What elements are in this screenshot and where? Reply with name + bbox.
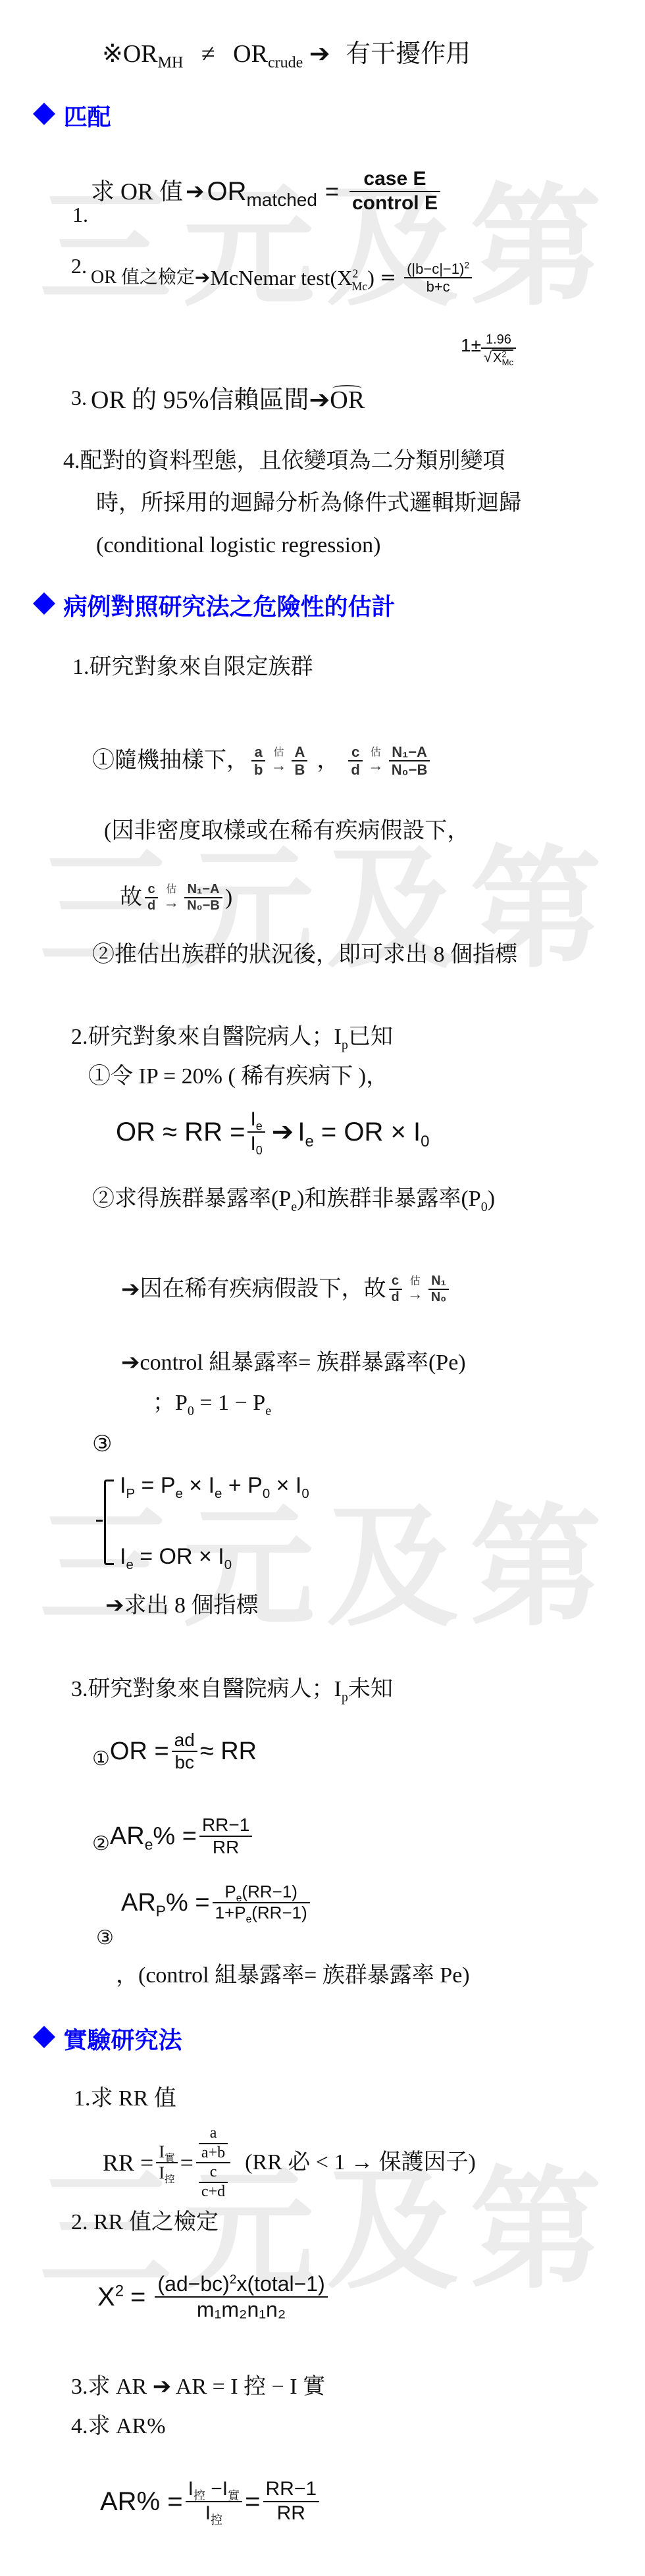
or-rr-formula: OR ≈ RR = IeI0 ➔ Ie = OR × I0: [116, 1108, 429, 1155]
arrow-icon: ➔: [105, 1594, 124, 1616]
item-number: 2.: [71, 255, 87, 276]
note-line: (因非密度取樣或在稀有疾病假設下，: [104, 820, 469, 842]
protective-note: (RR 必 < 1 → 保護因子): [245, 2151, 476, 2174]
estimate-arrow: 估→: [271, 748, 286, 774]
item-title: 4.求 AR%: [71, 2415, 166, 2438]
arp-formula: ARP% = Pe(RR−1)1+Pe(RR−1): [121, 1882, 313, 1923]
comma: ，: [317, 750, 339, 772]
or-formula: ① OR = adbc ≈ RR: [92, 1730, 257, 1773]
are-formula: ② ARe% = RR−1RR: [92, 1815, 255, 1858]
intro-or-mh: ※ORMH: [102, 40, 183, 68]
arrow-icon: ➔: [186, 180, 205, 203]
step-1-line: ①令 IP = 20% ( 稀有疾病下 )，: [88, 1066, 388, 1088]
item-title: 3.求 AR ➔ AR = I 控 − I 實: [71, 2376, 325, 2398]
intro-or-crude: ORcrude: [233, 40, 303, 68]
fraction: RR−1RR: [263, 2478, 320, 2525]
fraction: IeI0: [247, 1108, 265, 1155]
note-line: ，(control 組暴露率= 族群暴露率 Pe): [116, 1965, 470, 1987]
intro-conclusion: 有干擾作用: [346, 40, 471, 68]
or-matched-formula: 求 OR 值 ➔ ORmatched = case E control E: [91, 168, 443, 215]
fraction: N₁−AN₀−B: [389, 744, 430, 779]
item-4-line-2: 時，所採用的迴歸分析為條件式邏輯斯迴歸: [96, 492, 521, 515]
step-3-label: ③: [96, 1928, 114, 1948]
estimate-arrow: 估→: [368, 748, 384, 774]
item-4-line-3: (conditional logistic regression): [96, 534, 380, 557]
step-2-line: ②求得族群暴露率(Pe)和族群非暴露率(P0): [92, 1188, 495, 1210]
plus-minus: 1±: [461, 336, 481, 355]
fraction: adbc: [172, 1730, 197, 1773]
fraction: (|b−c|−1)2 b+c: [404, 261, 472, 296]
fraction: ab: [251, 744, 265, 779]
estimate-arrow: 估→: [163, 885, 179, 911]
brace: [104, 1480, 114, 1565]
ar-percent-formula: AR% = I控 −I實I控 = RR−1RR: [100, 2478, 322, 2525]
random-sampling-line: ①隨機抽樣下， ab 估→ AB ， cd 估→ N₁−AN₀−B: [92, 744, 432, 779]
diamond-bullet-icon: [33, 2026, 55, 2048]
item-number: 1.: [72, 204, 88, 225]
control-exposure-line: ➔control 組暴露率= 族群暴露率(Pe): [121, 1351, 466, 1374]
estimate-arrow: 估→: [407, 1276, 423, 1302]
chi-square-formula: X2 = (ad−bc)2x(total−1)m₁m₂n₁n₂: [97, 2272, 330, 2322]
fraction: N₁−AN₀−B: [184, 882, 222, 914]
equals-sign: =: [380, 268, 396, 288]
mcnemar-test: McNemar test(X2Mc): [210, 267, 374, 288]
item-number: 3.: [71, 387, 87, 408]
compound-fraction: aa+b cc+d: [196, 2125, 230, 2201]
ci-exponent: 1± 1.96 √X2Mc: [461, 332, 516, 366]
formula-label: OR 的 95%信賴區間: [91, 386, 309, 414]
diamond-bullet-icon: [33, 592, 55, 615]
mcnemar-formula: OR 值之檢定 ➔ McNemar test(X2Mc) = (|b−c|−1)…: [91, 261, 475, 296]
note-formula: 故 cd 估→ N₁−AN₀−B ): [120, 882, 232, 914]
fraction: case E control E: [349, 168, 440, 215]
intro-line: ※ORMH ≠ ORcrude ➔ 有干擾作用: [102, 41, 471, 66]
numerator: 1.96: [483, 332, 514, 348]
formula-label: 求 OR 值: [91, 180, 183, 203]
system-eq-1: IP = Pe × Ie + P0 × I0: [120, 1474, 309, 1497]
formula-lhs: OR ≈ RR =: [116, 1119, 245, 1145]
arrow-icon: ➔: [121, 1351, 140, 1374]
ci-formula: OR 的 95%信賴區間➔OR: [91, 387, 365, 413]
fraction: cd: [389, 1274, 402, 1305]
denominator: b+c: [424, 278, 453, 295]
arrow-icon: ➔: [195, 269, 210, 287]
rare-disease-line: ➔ 因在稀有疾病假設下，故 cd 估→ N₁N₀: [121, 1274, 451, 1305]
numerator: (|b−c|−1)2: [404, 261, 472, 277]
fraction: N₁N₀: [428, 1274, 449, 1305]
fraction: Pe(RR−1)1+Pe(RR−1): [213, 1882, 310, 1923]
equals-sign: =: [325, 180, 339, 203]
note-gu: 故: [120, 887, 142, 909]
subsection-title: 2.研究對象來自醫院病人；Ip已知: [71, 1026, 393, 1048]
brace-tip: [96, 1520, 103, 1522]
subsection-title: 1.研究對象來自限定族群: [72, 656, 313, 679]
rr-formula: RR = I實I控 = aa+b cc+d (RR 必 < 1 → 保護因子): [103, 2125, 476, 2201]
p0-line: ；P0 = 1 − Pe: [153, 1392, 271, 1414]
not-equal-sign: ≠: [201, 40, 215, 68]
step-label: ①隨機抽樣下，: [92, 750, 249, 772]
fraction: 1.96 √X2Mc: [481, 332, 516, 366]
fraction: I實I控: [156, 2142, 177, 2183]
arrow-icon: ➔: [309, 41, 330, 66]
item-title: 2. RR 值之檢定: [71, 2211, 219, 2234]
conclusion-line: ➔求出 8 個指標: [105, 1594, 259, 1617]
section-heading-matching: 匹配: [33, 103, 111, 130]
or-hat: OR: [330, 388, 365, 413]
diamond-bullet-icon: [33, 103, 55, 125]
line-text: 因在稀有疾病假設下，故: [140, 1278, 386, 1301]
section-heading-case-control: 病例對照研究法之危險性的估計: [33, 592, 396, 619]
heading-text: 實驗研究法: [64, 2027, 182, 2054]
heading-text: 匹配: [64, 104, 111, 131]
section-heading-experimental: 實驗研究法: [33, 2026, 182, 2053]
formula-label: OR 值之檢定: [91, 269, 195, 287]
fraction: (ad−bc)2x(total−1)m₁m₂n₁n₂: [155, 2272, 327, 2322]
fraction: cd: [145, 882, 158, 914]
fraction: RR−1RR: [199, 1815, 252, 1858]
denominator: √X2Mc: [481, 349, 516, 366]
fraction: cd: [348, 744, 362, 779]
formula-rhs: Ie = OR × I0: [297, 1119, 429, 1145]
denominator: control E: [349, 192, 440, 215]
close-paren: ): [225, 887, 232, 909]
fraction: AB: [292, 744, 307, 779]
arrow-icon: ➔: [309, 387, 330, 412]
arrow-icon: ➔: [121, 1278, 140, 1301]
fraction: I控 −I實I控: [186, 2478, 243, 2525]
item-title: 1.求 RR 值: [74, 2088, 176, 2110]
step-3-label: ③: [92, 1433, 112, 1456]
subsection-title: 3.研究對象來自醫院病人；Ip未知: [71, 1678, 393, 1701]
system-eq-2: Ie = OR × I0: [120, 1545, 232, 1568]
step-2-line: ②推估出族群的狀況後，即可求出 8 個指標: [92, 944, 517, 966]
numerator: case E: [361, 168, 428, 191]
heading-text: 病例對照研究法之危險性的估計: [64, 594, 396, 621]
or-matched: ORmatched: [207, 178, 317, 205]
arrow-icon: ➔: [272, 1119, 294, 1145]
item-4-line-1: 4.配對的資料型態，且依變項為二分類別變項: [63, 450, 505, 473]
